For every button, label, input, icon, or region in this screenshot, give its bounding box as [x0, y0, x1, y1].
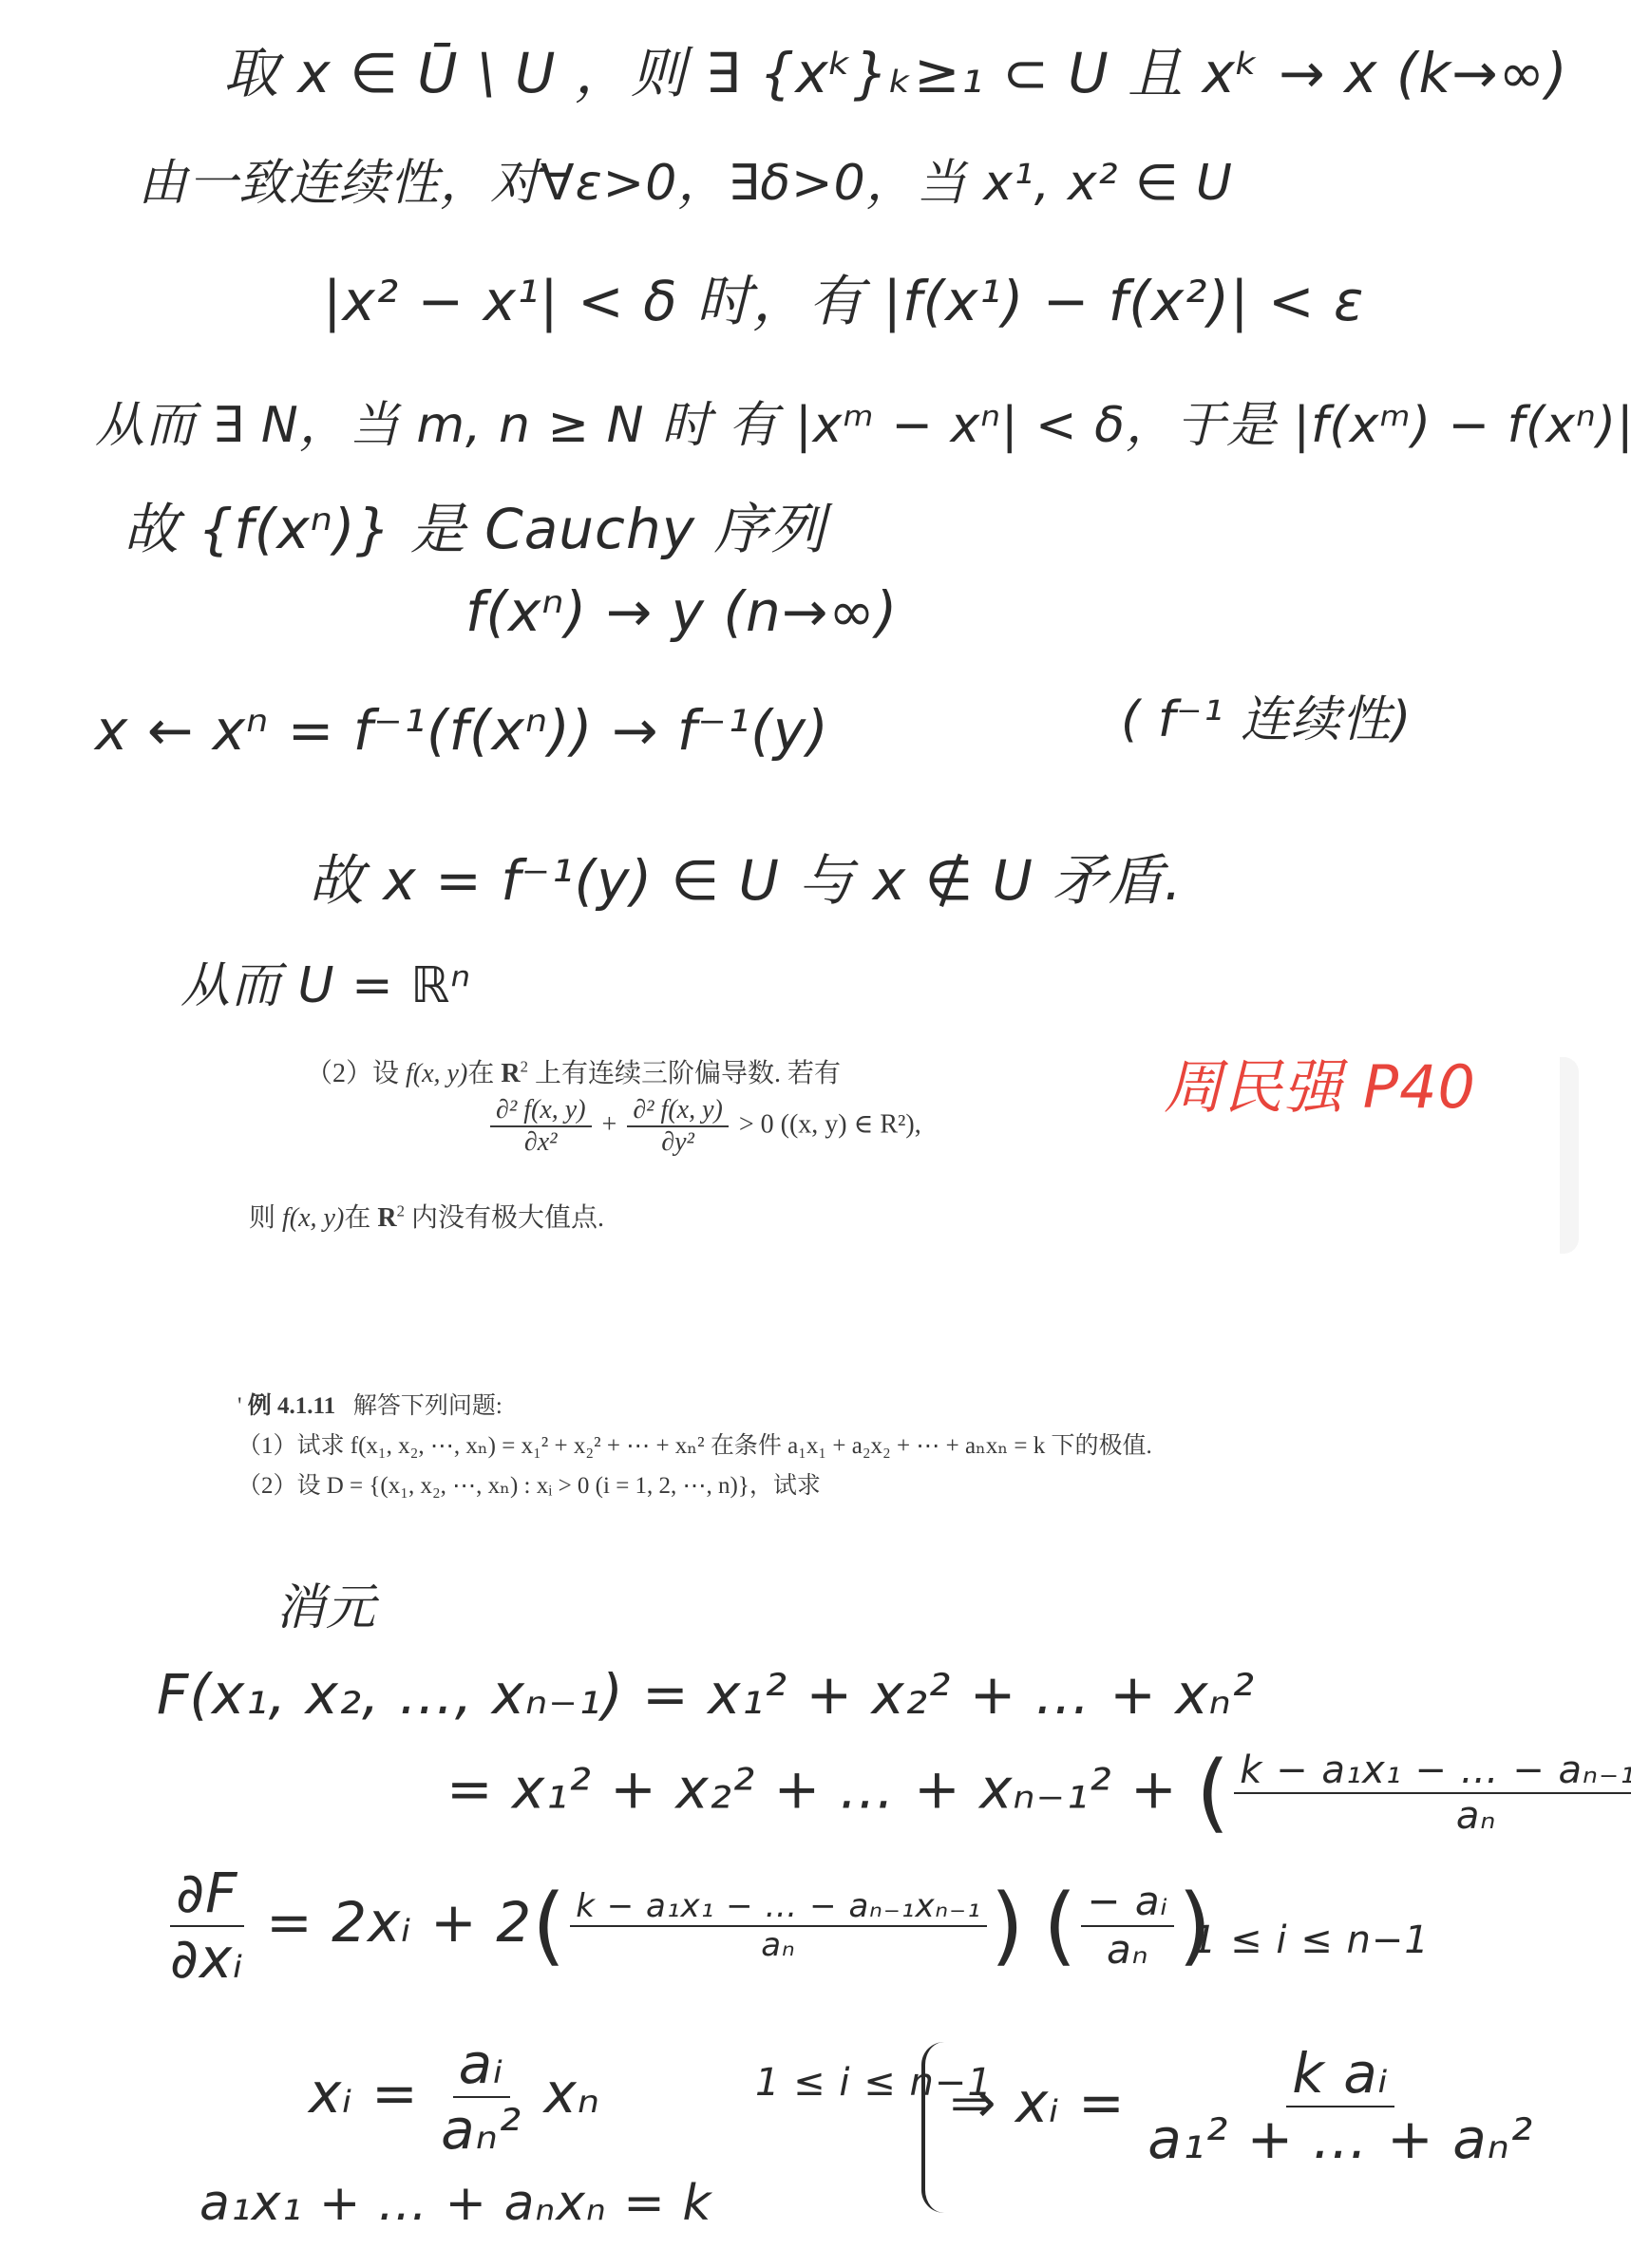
clip2-item-2: （2）设 D = {(x₁, x₂, ⋯, xₙ) : xᵢ > 0 (i = …	[237, 1466, 821, 1501]
proof-line-6: f(xⁿ) → y (n→∞)	[465, 579, 898, 644]
solution-heading: 消元	[275, 1567, 376, 1638]
proof-line-5: 故 {f(xⁿ)} 是 Cauchy 序列	[123, 484, 825, 564]
clip2-item-1: （1）试求 f(x₁, x₂, ⋯, xₙ) = x₁² + x₂² + ⋯ +…	[237, 1427, 1152, 1461]
clip2-title: ' 例 4.1.11 解答下列问题:	[237, 1387, 503, 1421]
proof-line-7: x ← xⁿ = f⁻¹(f(xⁿ)) → f⁻¹(y)	[95, 698, 829, 763]
eq3-range: 1 ≤ i ≤ n−1	[1192, 1918, 1430, 1962]
result-fraction: k aᵢ a₁² + … + aₙ²	[1147, 2042, 1533, 2170]
proof-line-7-note: ( f⁻¹ 连续性)	[1121, 679, 1412, 750]
fraction-d2f-dy2: ∂² f(x, y) ∂y²	[627, 1095, 729, 1158]
proof-line-8: 故 x = f⁻¹(y) ∈ U 与 x ∉ U 矛盾.	[309, 836, 1183, 916]
proof-line-2: 由一致连续性，对∀ε>0，∃δ>0，当 x¹, x² ∈ U	[138, 142, 1233, 214]
eq3-fraction-2: − aᵢ aₙ	[1081, 1879, 1174, 1973]
eq3-fraction: k − a₁x₁ − … − aₙ₋₁xₙ₋₁ aₙ	[570, 1888, 986, 1964]
eq4-fraction: aᵢ aₙ²	[441, 2032, 522, 2161]
solution-eq-3: ∂F ∂xᵢ = 2xᵢ + 2( k − a₁x₁ − … − aₙ₋₁xₙ₋…	[166, 1862, 1212, 1990]
proof-line-4: 从而 ∃ N，当 m, n ≥ N 时 有 |xᵐ − xⁿ| < δ，于是 |…	[95, 385, 1631, 456]
eq2-fraction: k − a₁x₁ − … − aₙ₋₁xₙ₋₁ aₙ	[1234, 1748, 1631, 1838]
solution-result: ⇒ xᵢ = k aᵢ a₁² + … + aₙ²	[950, 2042, 1537, 2170]
solution-constraint: a₁x₁ + … + aₙxₙ = k	[199, 2175, 711, 2232]
clip1-line-1: （2）设 f(x, y)在 R2 上有连续三阶偏导数. 若有	[306, 1052, 841, 1090]
dF-dxi-fraction: ∂F ∂xᵢ	[170, 1862, 244, 1990]
solution-eq-2: = x₁² + x₂² + … + xₙ₋₁² + ( k − a₁x₁ − ……	[446, 1743, 1631, 1843]
fraction-d2f-dx2: ∂² f(x, y) ∂x²	[490, 1095, 592, 1158]
proof-line-1: 取 x ∈ Ū \ U ，则 ∃ {xᵏ}ₖ≥₁ ⊂ U 且 xᵏ → x (k…	[223, 28, 1568, 108]
system-brace	[921, 2042, 944, 2213]
side-panel-edge	[1560, 1057, 1579, 1254]
proof-line-9: 从而 U = ℝⁿ	[180, 945, 471, 1016]
clip1-line-3: 则 f(x, y)在 R2 内没有极大值点.	[249, 1197, 604, 1235]
clip1-inequality: ∂² f(x, y) ∂x² + ∂² f(x, y) ∂y² > 0 ((x,…	[486, 1095, 921, 1158]
solution-eq-4: xᵢ = aᵢ aₙ² xₙ	[309, 2032, 600, 2161]
solution-eq-1: F(x₁, x₂, …, xₙ₋₁) = x₁² + x₂² + … + xₙ²	[157, 1662, 1255, 1727]
printed-clip-1: （2）设 f(x, y)在 R2 上有连续三阶偏导数. 若有 ∂² f(x, y…	[249, 1052, 1161, 1242]
proof-line-3: |x² − x¹| < δ 时，有 |f(x¹) − f(x²)| < ε	[323, 256, 1364, 336]
red-annotation-reference: 周民强 P40	[1164, 1040, 1476, 1125]
